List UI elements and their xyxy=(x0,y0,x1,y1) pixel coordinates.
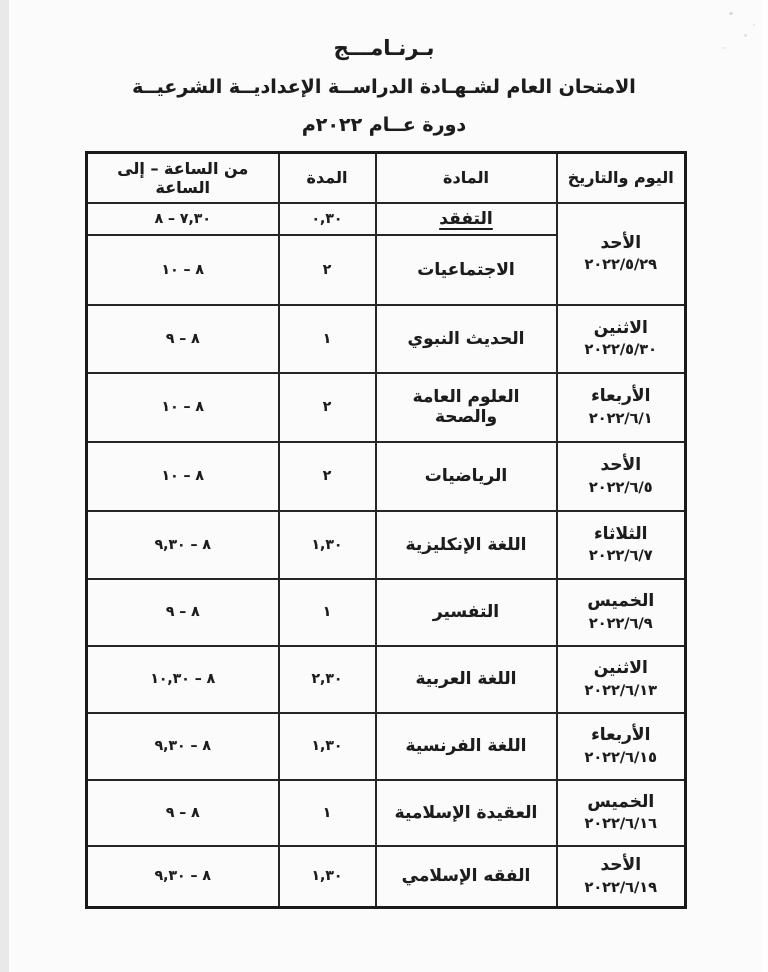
exam-schedule-table: اليوم والتاريخ المادة المدة من الساعة – … xyxy=(85,151,687,909)
table-row: الاثنين ٢٠٢٢/٥/٣٠ الحديث النبوي ١ ٨ – ٩ xyxy=(87,305,686,373)
time-cell: ٨ – ١٠,٣٠ xyxy=(87,646,279,713)
day-date: ٢٠٢٢/٦/١٩ xyxy=(562,878,681,899)
day-date: ٢٠٢٢/٦/١٥ xyxy=(562,748,681,769)
table-row: الأربعاء ٢٠٢٢/٦/١٥ اللغة الفرنسية ١,٣٠ ٨… xyxy=(87,713,686,780)
document-title-block: بـرنـامـــج الامتحان العام لشـهـادة الدر… xyxy=(0,0,768,136)
time-cell: ٧,٣٠ – ٨ xyxy=(87,203,279,235)
day-name: الثلاثاء xyxy=(562,522,681,547)
day-date: ٢٠٢٢/٦/٧ xyxy=(562,546,681,567)
duration-cell: ١,٣٠ xyxy=(279,713,376,780)
day-date: ٢٠٢٢/٦/٥ xyxy=(562,478,681,499)
duration-cell: ١ xyxy=(279,305,376,373)
duration-cell: ٢ xyxy=(279,442,376,511)
table-row: الخميس ٢٠٢٢/٦/٩ التفسير ١ ٨ – ٩ xyxy=(87,579,686,646)
scan-edge-right xyxy=(762,0,768,972)
duration-cell: ٠,٣٠ xyxy=(279,203,376,235)
subject-cell: الاجتماعيات xyxy=(376,235,557,305)
day-cell: الأحد ٢٠٢٢/٦/١٩ xyxy=(557,846,686,908)
subject-cell: الحديث النبوي xyxy=(376,305,557,373)
day-cell: الأحد ٢٠٢٢/٥/٢٩ xyxy=(557,203,686,305)
day-cell: الأربعاء ٢٠٢٢/٦/١٥ xyxy=(557,713,686,780)
day-cell: الاثنين ٢٠٢٢/٥/٣٠ xyxy=(557,305,686,373)
day-date: ٢٠٢٢/٦/١٦ xyxy=(562,814,681,835)
header-time-range: من الساعة – إلى الساعة xyxy=(87,153,279,203)
subject-cell: اللغة الإنكليزية xyxy=(376,511,557,579)
table-row: الاثنين ٢٠٢٢/٦/١٣ اللغة العربية ٢,٣٠ ٨ –… xyxy=(87,646,686,713)
day-cell: الأحد ٢٠٢٢/٦/٥ xyxy=(557,442,686,511)
day-cell: الخميس ٢٠٢٢/٦/٩ xyxy=(557,579,686,646)
subject-cell: العلوم العامة والصحة xyxy=(376,373,557,442)
day-date: ٢٠٢٢/٥/٣٠ xyxy=(562,340,681,361)
header-row: اليوم والتاريخ المادة المدة من الساعة – … xyxy=(87,153,686,203)
time-cell: ٨ – ٩,٣٠ xyxy=(87,713,279,780)
subject-cell: التفسير xyxy=(376,579,557,646)
duration-cell: ٢ xyxy=(279,373,376,442)
time-cell: ٨ – ١٠ xyxy=(87,235,279,305)
time-cell: ٨ – ٩,٣٠ xyxy=(87,511,279,579)
day-name: الأربعاء xyxy=(562,384,681,409)
scan-edge-left xyxy=(0,0,9,972)
duration-cell: ١ xyxy=(279,579,376,646)
table-row: الثلاثاء ٢٠٢٢/٦/٧ اللغة الإنكليزية ١,٣٠ … xyxy=(87,511,686,579)
day-cell: الاثنين ٢٠٢٢/٦/١٣ xyxy=(557,646,686,713)
day-name: الأحد xyxy=(562,231,681,256)
duration-cell: ٢,٣٠ xyxy=(279,646,376,713)
day-cell: الخميس ٢٠٢٢/٦/١٦ xyxy=(557,780,686,846)
subject-cell: التفقد xyxy=(376,203,557,235)
time-cell: ٨ – ٩ xyxy=(87,305,279,373)
title-session-year: دورة عــام ٢٠٢٢م xyxy=(0,114,768,136)
table-row: الخميس ٢٠٢٢/٦/١٦ العقيدة الإسلامية ١ ٨ –… xyxy=(87,780,686,846)
title-exam-name: الامتحان العام لشـهـادة الدراســة الإعدا… xyxy=(0,76,768,98)
day-name: الخميس xyxy=(562,790,681,815)
day-date: ٢٠٢٢/٦/١ xyxy=(562,409,681,430)
table-row: الأحد ٢٠٢٢/٦/١٩ الفقه الإسلامي ١,٣٠ ٨ – … xyxy=(87,846,686,908)
day-name: الخميس xyxy=(562,589,681,614)
scan-speckle xyxy=(729,12,733,15)
header-duration: المدة xyxy=(279,153,376,203)
table-row: الأحد ٢٠٢٢/٥/٢٩ التفقد ٠,٣٠ ٧,٣٠ – ٨ xyxy=(87,203,686,235)
subject-cell: اللغة العربية xyxy=(376,646,557,713)
duration-cell: ١ xyxy=(279,780,376,846)
subject-cell: اللغة الفرنسية xyxy=(376,713,557,780)
time-cell: ٨ – ٩ xyxy=(87,780,279,846)
day-cell: الأربعاء ٢٠٢٢/٦/١ xyxy=(557,373,686,442)
subject-cell: العقيدة الإسلامية xyxy=(376,780,557,846)
table-row: الأحد ٢٠٢٢/٦/٥ الرياضيات ٢ ٨ – ١٠ xyxy=(87,442,686,511)
day-name: الاثنين xyxy=(562,316,681,341)
day-name: الأحد xyxy=(562,453,681,478)
scan-speckle xyxy=(722,47,725,49)
duration-cell: ١,٣٠ xyxy=(279,511,376,579)
table-row: الأربعاء ٢٠٢٢/٦/١ العلوم العامة والصحة ٢… xyxy=(87,373,686,442)
scan-speckle xyxy=(753,24,755,26)
time-cell: ٨ – ٩ xyxy=(87,579,279,646)
time-cell: ٨ – ١٠ xyxy=(87,373,279,442)
duration-cell: ٢ xyxy=(279,235,376,305)
header-day-date: اليوم والتاريخ xyxy=(557,153,686,203)
title-program: بـرنـامـــج xyxy=(0,36,768,60)
day-date: ٢٠٢٢/٥/٢٩ xyxy=(562,255,681,276)
subject-cell: الفقه الإسلامي xyxy=(376,846,557,908)
duration-cell: ١,٣٠ xyxy=(279,846,376,908)
day-date: ٢٠٢٢/٦/١٣ xyxy=(562,681,681,702)
day-name: الأربعاء xyxy=(562,723,681,748)
subject-cell: الرياضيات xyxy=(376,442,557,511)
day-date: ٢٠٢٢/٦/٩ xyxy=(562,614,681,635)
scanned-document-page: بـرنـامـــج الامتحان العام لشـهـادة الدر… xyxy=(0,0,768,972)
time-cell: ٨ – ٩,٣٠ xyxy=(87,846,279,908)
day-cell: الثلاثاء ٢٠٢٢/٦/٧ xyxy=(557,511,686,579)
header-subject: المادة xyxy=(376,153,557,203)
day-name: الاثنين xyxy=(562,656,681,681)
day-name: الأحد xyxy=(562,853,681,878)
scan-speckle xyxy=(744,34,747,37)
time-cell: ٨ – ١٠ xyxy=(87,442,279,511)
